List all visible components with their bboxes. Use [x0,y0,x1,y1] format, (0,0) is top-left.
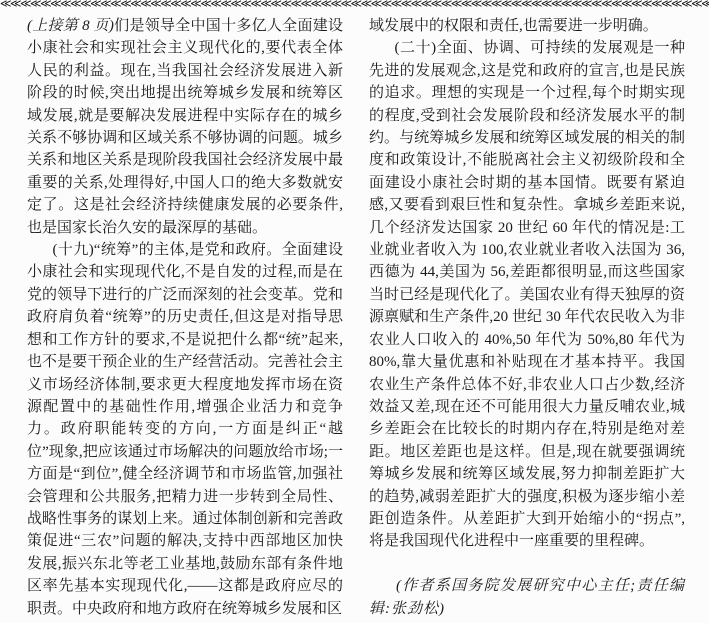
paragraph-continued-body: 们是领导全中国十多亿人全面建设小康社会和实现社会主义现代化的,要代表全体人民的利… [27,18,343,236]
continued-from-page-label: (上接第 8 页) [27,18,114,34]
left-column: (上接第 8 页)们是领导全中国十多亿人全面建设小康社会和实现社会主义现代化的,… [27,15,343,620]
right-column: 域发展中的权限和责任,也需要进一步明确。 (二十)全面、协调、可持续的发展观是一… [369,15,685,620]
magazine-page: ≪≪≪≪≪≪≪≪≪≪≪≪≪≪≪≪≪≪≪≪≪≪≪≪≪≪≪≪≪≪≪≪≪≪≪≪≪≪≪≪… [0,0,709,623]
paragraph-section-19: (十九)“统筹”的主体,是党和政府。全面建设小康社会和实现现代化,不是自发的过程… [27,239,343,620]
author-editor-footnote: (作者系国务院发展研究中心主任;责任编辑:张劲松) [369,575,685,620]
paragraph-section-20: (二十)全面、协调、可持续的发展观是一种先进的发展观念,这是党和政府的宣言,也是… [369,37,685,552]
paragraph-section-19-continuation: 域发展中的权限和责任,也需要进一步明确。 [369,15,685,37]
two-column-text-area: (上接第 8 页)们是领导全中国十多亿人全面建设小康社会和实现社会主义现代化的,… [0,11,709,620]
paragraph-continued-from-p8: (上接第 8 页)们是领导全中国十多亿人全面建设小康社会和实现社会主义现代化的,… [27,15,343,239]
decorative-top-border: ≪≪≪≪≪≪≪≪≪≪≪≪≪≪≪≪≪≪≪≪≪≪≪≪≪≪≪≪≪≪≪≪≪≪≪≪≪≪≪≪… [0,0,709,11]
